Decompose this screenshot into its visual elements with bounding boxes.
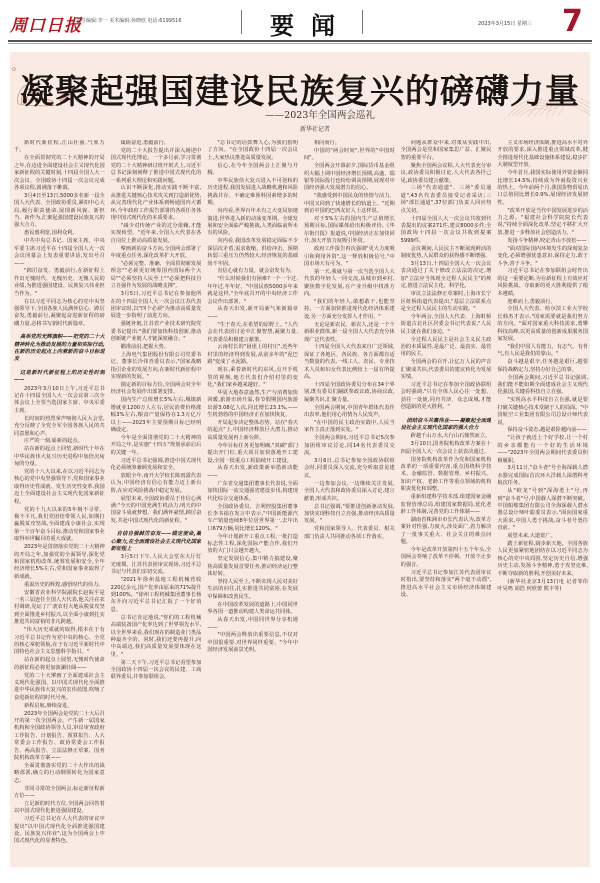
paragraph: "在中国的民主政治实践中,人民当家作主真正落到实处。" (304, 420, 395, 435)
paragraph: 今年计划新开工重点工程,一批打造标志性工程,深化国际产能合作,我们开放的大门只会… (207, 534, 298, 556)
paragraph: "伟大历史成就的取得,根本在于有习近平总书记作为党中央的核心、全党的核心掌舵领航… (14, 627, 105, 657)
paragraph: "总书记的话鼓舞人心,为我们指明了方向。"在全国政协十四届一次会议上,大家热议推… (207, 140, 298, 162)
paragraph: 三场"代表通道"、三场"委员通道",43名代表委员接受记者采访;三场"部长通道"… (401, 185, 492, 215)
paragraph: 开局起步决定整体态势。站在"春天的起点"上,中国经济释放巨大潜力,推动高质量发展… (207, 420, 298, 442)
paragraph: 对于5%左右的国内生产总值增长预期目标,国际媒体给出积极评价,《华尔街日报》报道… (304, 216, 395, 246)
paragraph: 3月11日,"奋斗者"号全海深载人潜水器完成国际首次环大洋载人深潜科考航次任务。 (497, 465, 588, 487)
paragraph: 2023年全国两会是党的二十大后召开的第一次全国两会。产生新一届国家机构和全国政… (14, 711, 105, 763)
paragraph: 今年是改革开放第四十五个年头,全国两会奏响了改革不停顿、开放不止步的强音。 (401, 547, 492, 569)
paragraph: 习近平总书记在参加全国政协联组会时强调,"只有全体人民心往一处想、劲往一处使,同… (401, 382, 492, 412)
paragraph: 在全面贯彻党的二十大精神的开局之年,在迈进全面建设社会主义现代化国家新征程的关键… (14, 155, 105, 192)
paragraph: 云南村长的"悬崖上的村庄",近些年村里的经济得到发展,从前多年的"泥巴路"变成了… (207, 344, 298, 366)
section-lead: 团结奋斗共襄伟业——凝聚起全面建设社会主义现代化国家的强大合力 (401, 418, 492, 433)
paragraph: 擘画新的奋斗方向,全国两会部署了年度重点任务,深化改革扩大开放。 (111, 246, 202, 261)
paragraph: 现在,乘着新时代的东风,点开手机里的视频,地方代表们介绍村里的变化,"我们家乡越… (207, 367, 298, 389)
paragraph: 发扬斗争精神,咬定青山不放松—— (497, 238, 588, 245)
section-lead: 这是新时代新征程上的历史性时刻—— (14, 370, 105, 385)
article-column-2: 砥砺奋进,勇毅前行。党的二十大报告提出并深入阐述中国式现代化理论。一个多月前,学… (111, 140, 202, 852)
header-rule (8, 40, 592, 42)
paragraph: 全国两会的召开,让亿万人民的声音汇聚成共识,代表委员的建议转化为发展实绩。 (401, 359, 492, 381)
paragraph: 华夏大地春意盎然,生产与消费加快回暖,旅游市场升温,春节假期国内旅游出游3.08… (207, 390, 298, 420)
paragraph: 今年首月,我国实际使用外资金额同比增长14.5%,持续成为外商投资兴业的热土。今… (497, 170, 588, 207)
paragraph: 重新组建科学技术部,组建国家金融监督管理总局,组建国家数据局,优化老龄工作体制,… (401, 494, 492, 516)
paragraph: 党的二十大擘画了全面建成社会主义现代化强国、以中国式现代化全面推进中华民族伟大复… (14, 673, 105, 703)
article-byline: 新华社记者 (0, 124, 600, 133)
paragraph: "让孩子就近上个好学校,让一个村的乡亲都能有一个好的生活环境——"2023年全国… (497, 435, 588, 465)
article-headline: 凝聚起强国建设民族复兴的磅礴力量 (0, 64, 600, 113)
paragraph: 展望未来,全国政协委员于佳信心满满:"今天的中国充满生机活力,明天的中国奋斗成就… (111, 496, 202, 526)
paragraph: 向内看,世界百年未有之大变局加速演进,世界进入新的动荡变革期。全球发展和安全面临… (207, 208, 298, 238)
section-title-char-2: 闻 (311, 6, 335, 41)
article-column-6: 主义市场经济体制,推进高水平对外开放的要求,深入推进重点领域改革,健全推进现代化… (497, 140, 588, 852)
paragraph: 重温历史的辉煌,感悟时代的伟力。 (14, 582, 105, 589)
issue-date: 2023年3月15日 星期三 (478, 20, 532, 27)
paragraph: 从春天出发,新开局新气象新篇章—— (207, 306, 298, 321)
paragraph: 非同寻常的全国两会,标定新征程新方位—— (14, 786, 105, 801)
paragraph: 十四届全国人大一次会议共收到代表提出的议案271件,建议8000多件;全国政协十… (401, 216, 492, 246)
paragraph: 相向而行。 (304, 140, 395, 147)
paragraph: 长时间的热烈掌声响彻人民大会堂,充分反映了全党全军全国各族人民的共同意愿和心声。 (14, 416, 105, 438)
paragraph: 十四届全国政协委员分布在34个界别,既有委员们踊跃参政议政,协商议政,凝聚共识,… (304, 382, 395, 404)
section-lead: 自信自强踔厉奋发——锚定使命,凝心聚力,在全面建设社会主义现代化国家新征程上 (111, 531, 202, 553)
newspaper-logo: 周口日报 (10, 11, 82, 36)
paragraph: "必须完整、准确、全面贯彻新发展理念""必须更好统筹国内国际两个大局""必须坚持… (111, 261, 202, 291)
paragraph: 从春天出发,中国同世界分享机遇—— (207, 617, 298, 632)
paragraph: 在中国改革发展的道路上,中国同世界各国一道推动构建人类命运共同体。 (207, 602, 298, 617)
paragraph: "什么时候我们有困难?一个一个过,年年过,年年好。"中国民族5000多年来就是这… (207, 276, 298, 306)
page-number: 7 (562, 4, 583, 39)
paragraph: 站在新的起点上展望,无愧时代使命的新征程必将更加波澜壮阔—— (14, 657, 105, 672)
paragraph: 中华民族伟大复兴进入不可逆转的历史进程,我国发展进入战略机遇和风险挑战并存、不确… (207, 178, 298, 208)
paragraph: 3月13日,十四届全国人大一次会议表决通过了关于修改立法法的决定,增加"立法应当… (401, 261, 492, 291)
paragraph: 国务院机构改革作为党和国家机构改革的一项重要内容,重点围绕科学技术、金融监管、数… (401, 457, 492, 494)
paragraph: 放眼全年,南开大学校长陈雨露代表认为,中国经济有信心有能力迈上新台阶,在应对风险… (111, 473, 202, 495)
paragraph: "踔厉奋发、勇毅前行,在新征程上作出无愧时代、无愧历史、无愧人民的业绩,为推进强… (14, 268, 105, 298)
paragraph: "改革开放是当代中国发展进步的活力之源。"福建社会科学院院长代表说,"持续全面深… (497, 208, 588, 238)
paragraph: 有信心就有力量。就会奋发有为。 (207, 268, 298, 275)
paragraph: 3月6日,总书记参加全国政协联组会时,同委员深入交流,充分听取意见建议。 (304, 458, 395, 480)
paragraph: 信心,在今年全国两会上汇聚与升腾。 (207, 163, 298, 178)
paragraph: 会议期间,人民民主不断展现鲜活的制度优势,人民群众的获得感不断增强。 (401, 246, 492, 261)
paragraph: 党的二十大报告提出并深入阐述中国式现代化理论。一个多月前,学习贯彻党的二十大精神… (111, 148, 202, 185)
paragraph: 习近平总书记在人大代表的审议中提出"以中国式现代化全面推进强国建设、民族复兴伟业… (14, 816, 105, 846)
paragraph: 聚焦全国两会议程,人大代表充分审议,政协委员积极讨论,人大代表各抒己见,政协委员… (401, 163, 492, 185)
paragraph: 踏上新征程,阔步新天地。全国各族人民更加紧密地团结在以习近平同志为核心的党中央周… (497, 541, 588, 578)
paragraph: 总书记强调,"要推进创新驱动发展,加快实现科技自立自强,推动经济高质量发展。" (304, 504, 395, 526)
section-title-char-1: 要 (270, 6, 294, 41)
paragraph: 在以习近平同志为核心的党中央坚强领导下,全国各族人民满怀信心、踔厉奋发,勇毅前行… (14, 299, 105, 329)
paragraph: 全国人大代表、哈尔滨工业大学校长韩杰才表示,"国家需要就是我们努力的方向。"面对… (497, 306, 588, 343)
paragraph: 安徽省农业科学院副院长赵皖平是一名三届连任全国人大代表,他关注在农村调研,见证了… (14, 590, 105, 627)
paragraph: 问题从群众中来,对策从实践中出,全国两会是党和国家集思广益、汇聚民智的重要平台。 (401, 140, 492, 162)
paragraph: "实现高水平科技自立自强,就是要打破关键核心技术受制于人的局面。"中国航空工业集… (497, 397, 588, 427)
article-column-3: "总书记的话鼓舞人心,为我们指明了方向。"在全国政协十四届一次会议上,大家热议推… (207, 140, 298, 852)
paragraph: 3月5日,习近平总书记在参加他所在的十四届全国人大一次会议江苏代表团审议时,以"… (111, 291, 202, 321)
paragraph: 认识不断深化,推动实践不断丰富,从推进关键核心技术攻关到打造新优势,从完善现代化… (111, 185, 202, 222)
paragraph: 庄严的一刻,崭新的起点。 (14, 438, 105, 445)
paragraph: 跨越千山万水,大行山石鼎然而立。 (401, 433, 492, 440)
paragraph: 3月10日,国务院机构改革方案在十四届全国人大一次会议上获表决通过。 (401, 441, 492, 456)
paragraph: 2023年3月10日上午,习近平总书记在十四届全国人大一次会议第三次全体会议上全… (14, 386, 105, 416)
paragraph: 从春天出发,新政策新举措新动能—— (207, 465, 298, 480)
paragraph: "减少对传统产业的过分依赖,才能实现转型。"近年来,全国人大代表在各自岗位上推动… (111, 223, 202, 245)
paragraph: 第二天下午,习近平总书记看望参加全国政协十四届一次会议的民建、工商联界委员,并参… (111, 660, 202, 682)
paragraph: 奋斗越是艰辛,任务越是艰巨,越要保持战略定力,坚持办好自己的事。 (497, 359, 588, 374)
editor-credits: 责任编辑:李一 美术编辑:孙晓欣 电话:6199516 (76, 17, 182, 24)
paragraph: "我感受到中国民众的热情与活力。中国又回到了快速增长的轨道上。"近期到访中国的巴… (304, 193, 395, 215)
divider (362, 10, 363, 34)
paragraph: 今年是全面贯彻党的二十大精神的开局之年,是实施"十四五"规划承前启后的关键一年。 (111, 435, 202, 457)
paragraph: 全过程人民民主是社会主义民主政治的本质属性,是最广泛、最真实、最管用的民主。 (401, 337, 492, 359)
paragraph: 十四届全国人大代表来自广泛领域,保证了各地区、各民族、各方面都有适当数量的代表,… (304, 344, 395, 381)
article-subtitle: ——2023年全国两会巡礼 (0, 107, 600, 121)
paragraph: 向内看,我国改革发展稳定面临不少深层次矛盾,需求收缩、供给冲击、预期转弱三重压力… (207, 238, 298, 268)
paragraph: 强链补链,江苏省产业技术研究院党委书记提出:"我们要加快科技创新,推动创新链产业… (111, 321, 202, 343)
section-lead: 高举党的光辉旗帜——把党的二十大精神转化为推动发展的力量和实际行动,在新的历史起… (14, 334, 105, 364)
article-dateline: (新华社北京3月13日电 记者邹伟 叶昊鸣 胡浩 何欣蕾 熊丰等) (497, 579, 588, 594)
paragraph: "中国两会释放出重要信息,不仅对中国很重要,对世界同样重要。"今年中国经济发展前… (207, 632, 298, 654)
paragraph: 2023年是贯彻落实党的二十大精神的开局之年,加强党的全面领导,深化党和国家机构… (14, 544, 105, 581)
paragraph: 国内生产总值增长5%左右,城镇新增就业1200万人左右,居民消费价格涨幅3%左右… (111, 397, 202, 434)
masthead: 周口日报 责任编辑:李一 美术编辑:孙晓欣 电话:6199516 要 闻 202… (0, 0, 600, 44)
paragraph: 党的十九大以来的5年极不寻常、极不平凡,我们党团结带领人民,如期打赢脱贫攻坚战,… (14, 507, 105, 544)
paragraph: "2021年徐州基地工程机械营收220亿余元,国产化率由原来的71%提升到100… (111, 577, 202, 614)
paragraph: 湖南省株洲市市长代表认为,改革方案针对性强,力度大,涉及面广,着力解决了一批事关… (401, 517, 492, 547)
paragraph: 坚定发展信心,集中精力搞建设,聚焦高质量发展首要任务,推动经济运行整体好转。 (207, 556, 298, 578)
paragraph: 瞄准前沿,把握大势。 (111, 344, 202, 351)
paragraph: 立足新的时代方位,全国两会回答着以中国式现代化推进强国建设。 (14, 801, 105, 816)
paragraph: 坚持人民至上,不断实现人民对美好生活的向往,扎实推进共同富裕,在发展中保障和改善… (207, 579, 298, 601)
paragraph: 新时代新征程,江山壮丽,气象万千。 (14, 140, 105, 155)
paragraph: 全国两会期间,习近平总书记5次参加团组审议讨论,同14名代表委员交流。 (304, 435, 395, 457)
paragraph: 锚定新的目标方位,全国两会对全年经济社会发展作出部署安排。 (111, 382, 202, 397)
article-body: 新时代新征程,江山壮丽,气象万千。在全面贯彻党的二十大精神的开局之年,在迈进全面… (14, 140, 588, 852)
header-rule-thin (8, 43, 592, 44)
paragraph: 广东省交通集团董事长代表说,全面加快国际一流交通强省建设步伐,构建现代化综合交通… (207, 481, 298, 503)
paragraph: 从"蛟龙"号到"深海勇士"号,再到"奋斗者"号,中国载人深潜不断突破。中国船舶集… (497, 488, 588, 532)
paragraph: 3月5日下午,人民大会堂东大厅灯光璀璨。江苏代表团审议现场,习近平总书记与代表们… (111, 554, 202, 576)
paragraph: 惠民惠利宽,国利众利。 (14, 230, 105, 237)
paragraph: 无论是新农民、新农人,还是一个个新职业群体,新一届全国人大代表充分体现广泛代表性… (304, 322, 395, 344)
paragraph: 全面贯彻落实党的二十大作出的战略部署,确立的行动纲领转化为国家意志。 (14, 763, 105, 785)
paragraph: 展望未来,大道宽广。 (497, 533, 588, 540)
paragraph: 党和国家领导人、代表委员、相关部门负责人共同推动各项工作落实。 (304, 526, 395, 541)
paragraph: 全国两会开幕前夕,国际货币基金组织大幅上调中国经济增长预期,高盛、瑞银等国际投行… (304, 163, 395, 193)
article-column-4: 相向而行。中国的"两会时间",世界的"中国时间"。全国两会开幕前夕,国际货币基金… (304, 140, 395, 852)
paragraph: 全国两会期间,中国青年群体代表作出表率,他们用心用情为人民发声。 (304, 405, 395, 420)
paragraph: 一边参加会议,一边继续关注发展,全国人大代表和政协委员深入讨论,建言献策,形成共… (304, 481, 395, 503)
paragraph: 全国两会期间,习近平总书记强调,我们能不能如期全面建成社会主义现代化强国,关键看… (497, 375, 588, 397)
paragraph: 第一天,我就与第一次当选全国人大代表的年轻人一同交流,从城市到乡村,聚焦数字化发… (304, 269, 395, 299)
paragraph: 习近平总书记强调,推进中国式现代化必须统筹兼顾发展和安全。 (111, 458, 202, 473)
paragraph: 迎难而上,勇毅前行。 (497, 299, 588, 306)
paragraph: 保持奋斗姿态,越是艰险越向前—— (497, 427, 588, 434)
divider (241, 10, 242, 34)
paragraph: "我们的年轻人,敢想敢干,也能坚持。一方面加快推进现代化经济体系建设,另一方面充… (304, 299, 395, 321)
paragraph: "生于春天,在希望的原野上。"人代会在代表团讨论中汇聚智慧,凝聚力量,代表委员积… (207, 322, 298, 344)
paragraph: 上海电气集团股份有限公司党委书记、董事长冷伟青委员表示,"国家战略指引企业的发展… (111, 352, 202, 382)
paragraph: 主义市场经济体制,推进高水平对外开放的要求,深入推进重点领域改革,健全推进现代化… (497, 140, 588, 170)
paragraph: 总书记肯定地说,"你们的工程机械高端装备国产化率达到了世界领先水平,以全世界来看… (111, 615, 202, 659)
paragraph: 砥砺奋进,勇毅前行。 (111, 140, 202, 147)
paragraph: 站在新的起点上回望,新时代十年在中华民族伟大复兴历史进程中加倍沉甸甸的分量。 (14, 446, 105, 468)
article-column-1: 新时代新征程,江山壮丽,气象万千。在全面贯彻党的二十大精神的开局之年,在迈进全面… (14, 140, 105, 852)
paragraph: 中共中央总书记、国家主席、中央军委主席习近平在十四届全国人大一次会议闭幕会上发表… (14, 238, 105, 268)
paragraph: "我们中国人有能力、有志气、有骨气,有人民是我们的靠山。" (497, 344, 588, 359)
paragraph: 今年两会,全国人大代表、上海虹桥街道古北社区居委会书记代表说,"人民民主就在我们… (401, 314, 492, 336)
paragraph: 3月4日至13日,5000多名新一届全国人大代表、全国政协委员,紧扣中心大局,履… (14, 193, 105, 230)
paragraph: 中国的"两会时间",世界的"中国时间"。 (304, 148, 395, 163)
paragraph: 审议立法法修正草案时,上海市长宁区虹桥街道代表提出,"基层立法联系点是全过程人民… (401, 291, 492, 313)
paragraph: 今年目标任务更加明确,"双碳"部门提出开门红,重大项目加快落地开工建设,全国一批… (207, 443, 298, 465)
article-column-5: 问题从群众中来,对策从实践中出,全国两会是党和国家集思广益、汇聚民智的重要平台。… (401, 140, 492, 852)
paragraph: 新程启航,赓续奋进。 (14, 703, 105, 710)
paragraph: 习近平总书记在参加联组会时作出的这一重要论断,为在新征程上有效应对风险挑战、夺取… (497, 268, 588, 298)
paragraph: 全国政协委员、吉利控股集团董事长李书福在发言中表示,"中国新能源汽车产销量连续8… (207, 504, 298, 534)
paragraph: 党的十八大以来,在以习近平同志为核心的党中央坚强领导下,党和国家事业取得历史性成… (14, 469, 105, 506)
paragraph: 习近平总书记参加江苏代表团审议时指出,要坚持和落实"两个毫不动摇",推进高水平社… (401, 570, 492, 600)
paragraph: "面对国际国内环境发生的深刻复杂变化,必须增强忧患意识,保持定力,敢于斗争,善于… (497, 246, 588, 268)
paragraph: 政府工作报告再次强调"更大力度吸引和利用外资",这一释放积极信号,"中国市场大有… (304, 246, 395, 268)
